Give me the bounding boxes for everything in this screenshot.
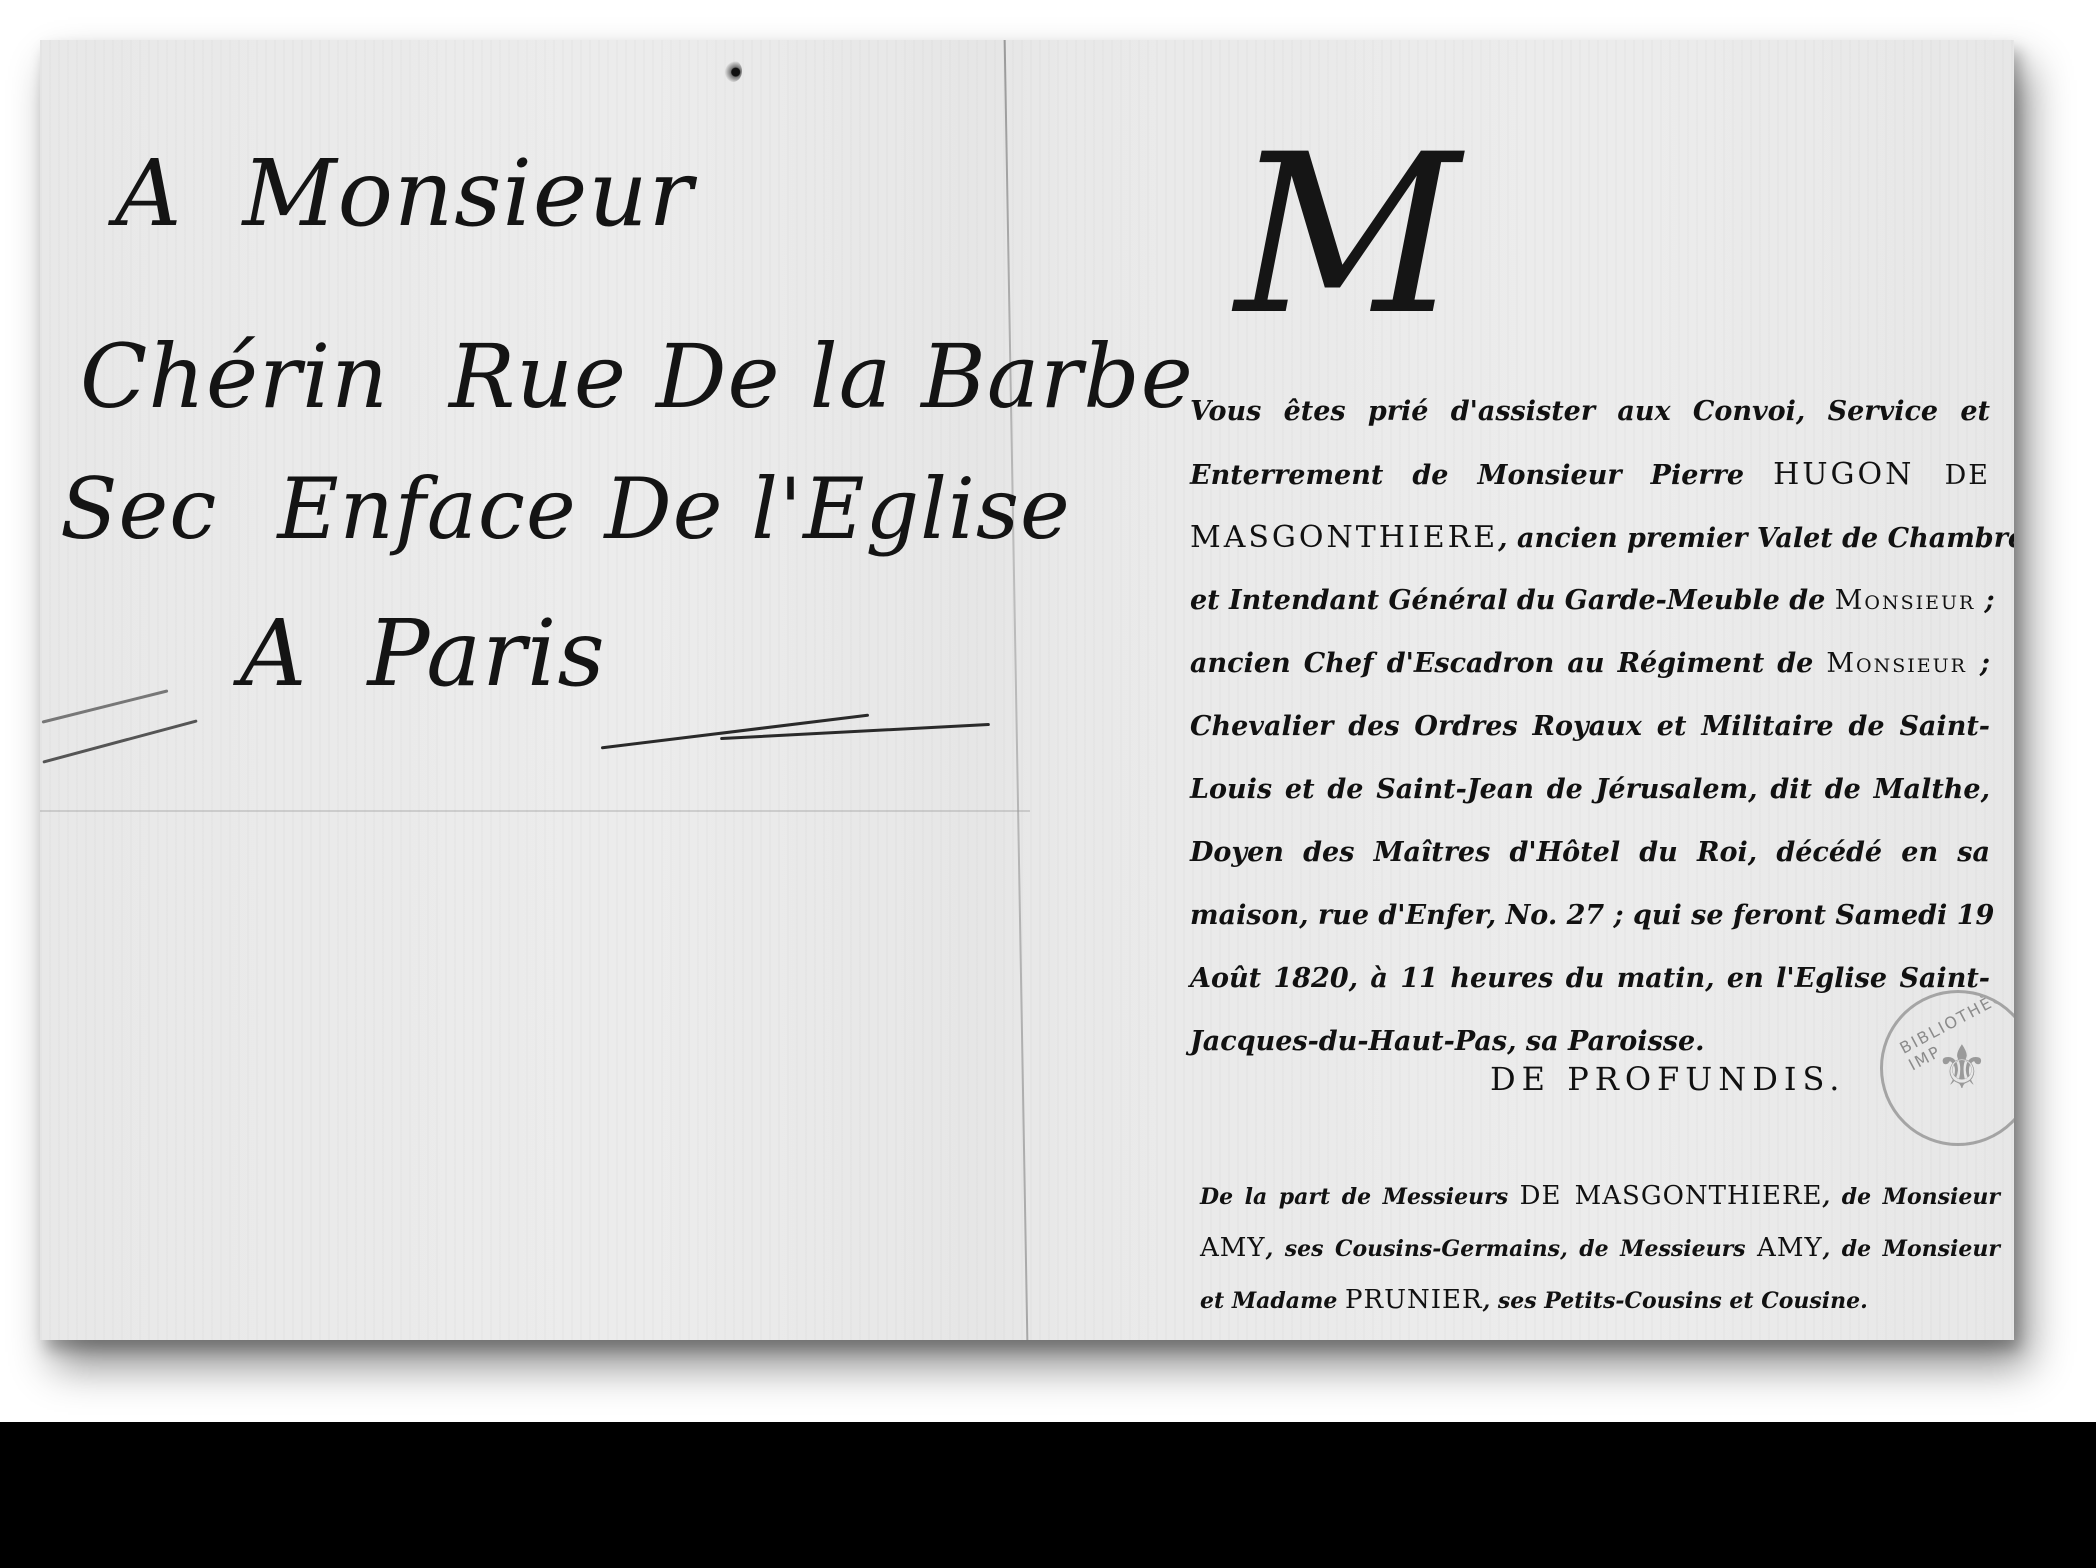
notice-line: Août 1820, à 11 heures du matin, en l'Eg…: [1190, 947, 1990, 1010]
notice-text: MASGONTHIERE: [1190, 520, 1498, 555]
address-city: Paris: [367, 600, 605, 707]
address-street: Rue De la Barbe: [449, 325, 1194, 428]
notice-text: DE: [1914, 460, 1990, 491]
notice-line: Chevalier des Ordres Royaux et Militaire…: [1190, 695, 1990, 758]
notice-text: Chevalier des Ordres Royaux et Militaire…: [1190, 711, 1990, 742]
de-profundis-heading: DE PROFUNDIS.: [1490, 1060, 1845, 1098]
address-prefix-city: A: [240, 600, 307, 707]
family-text: et Madame: [1200, 1288, 1345, 1314]
family-line: De la part de Messieurs DE MASGONTHIERE,…: [1200, 1170, 2000, 1222]
notice-line: Doyen des Maîtres d'Hôtel du Roi, décédé…: [1190, 821, 1990, 884]
notice-line: Louis et de Saint-Jean de Jérusalem, dit…: [1190, 758, 1990, 821]
notice-line: Vous êtes prié d'assister aux Convoi, Se…: [1190, 380, 1990, 443]
notice-line: ancien Chef d'Escadron au Régiment de Mo…: [1190, 632, 1990, 695]
notice-text: Août 1820, à 11 heures du matin, en l'Eg…: [1190, 963, 1990, 994]
notice-text: et Intendant Général du Garde-Meuble de: [1190, 585, 1835, 616]
ink-spot: [724, 60, 742, 82]
notice-text: Jacques-du-Haut-Pas, sa Paroisse.: [1190, 1026, 1705, 1057]
address-prefix: A: [115, 140, 182, 247]
notice-text: Enterrement de Monsieur Pierre: [1190, 460, 1773, 491]
monogram-m: M: [1235, 125, 1460, 345]
family-text: De la part de Messieurs: [1200, 1184, 1520, 1210]
letter-sheet: AMonsieur ChérinRue De la Barbe SecEnfac…: [40, 40, 2014, 1340]
address-location: Enface De l'Eglise: [277, 460, 1070, 558]
notice-line: Enterrement de Monsieur Pierre HUGON DE: [1190, 443, 1990, 506]
notice-text: ;: [1975, 585, 1994, 616]
address-monsieur: Monsieur: [242, 140, 693, 247]
notice-text: Monsieur: [1835, 585, 1976, 616]
notice-text: , ancien premier Valet de Chambre: [1498, 523, 2014, 554]
family-text: AMY: [1200, 1233, 1266, 1263]
fleur-de-lis-icon: ⚜: [1935, 1038, 1989, 1098]
notice-line: et Intendant Général du Garde-Meuble de …: [1190, 569, 1990, 632]
address-line-location: SecEnface De l'Eglise: [60, 460, 1071, 558]
family-line: et Madame PRUNIER, ses Petits-Cousins et…: [1200, 1274, 2000, 1326]
family-text: , ses Cousins-Germains, de Messieurs: [1266, 1236, 1757, 1262]
address-name: Chérin: [80, 325, 389, 428]
pen-stroke-faint: [42, 689, 169, 723]
family-text: , de Monsieur: [1823, 1236, 2000, 1262]
horizontal-crease: [40, 810, 1030, 812]
address-line-recipient-title: AMonsieur: [115, 140, 694, 247]
notice-text: ancien Chef d'Escadron au Régiment de: [1190, 648, 1826, 679]
notice-text: Louis et de Saint-Jean de Jérusalem, dit…: [1190, 774, 1990, 805]
center-fold-line: [1004, 40, 1029, 1340]
family-text: PRUNIER: [1345, 1285, 1483, 1315]
notice-line: MASGONTHIERE, ancien premier Valet de Ch…: [1190, 506, 1990, 569]
family-text: , ses Petits-Cousins et Cousine.: [1483, 1288, 1868, 1314]
notice-line: maison, rue d'Enfer, No. 27 ; qui se fer…: [1190, 884, 1990, 947]
notice-body: Vous êtes prié d'assister aux Convoi, Se…: [1190, 380, 1990, 1073]
notice-text: ;: [1967, 648, 1990, 679]
address-line-name-street: ChérinRue De la Barbe: [80, 325, 1194, 428]
notice-text: Monsieur: [1826, 648, 1967, 679]
notice-text: HUGON: [1773, 457, 1914, 492]
family-text: , de Monsieur: [1823, 1184, 2000, 1210]
family-text: DE MASGONTHIERE: [1520, 1181, 1823, 1211]
family-line: AMY, ses Cousins-Germains, de Messieurs …: [1200, 1222, 2000, 1274]
notice-text: maison, rue d'Enfer, No. 27 ; qui se fer…: [1190, 900, 1994, 931]
notice-text: Doyen des Maîtres d'Hôtel du Roi, décédé…: [1190, 837, 1990, 868]
address-abbr: Sec: [60, 460, 217, 558]
address-line-city: AParis: [240, 600, 606, 707]
family-signatories: De la part de Messieurs DE MASGONTHIERE,…: [1200, 1170, 2000, 1326]
pen-stroke-faint: [42, 719, 197, 763]
pen-flourish: [720, 723, 990, 740]
family-text: AMY: [1757, 1233, 1823, 1263]
bottom-black-band: [0, 1422, 2096, 1568]
notice-text: Vous êtes prié d'assister aux Convoi, Se…: [1190, 396, 1990, 427]
